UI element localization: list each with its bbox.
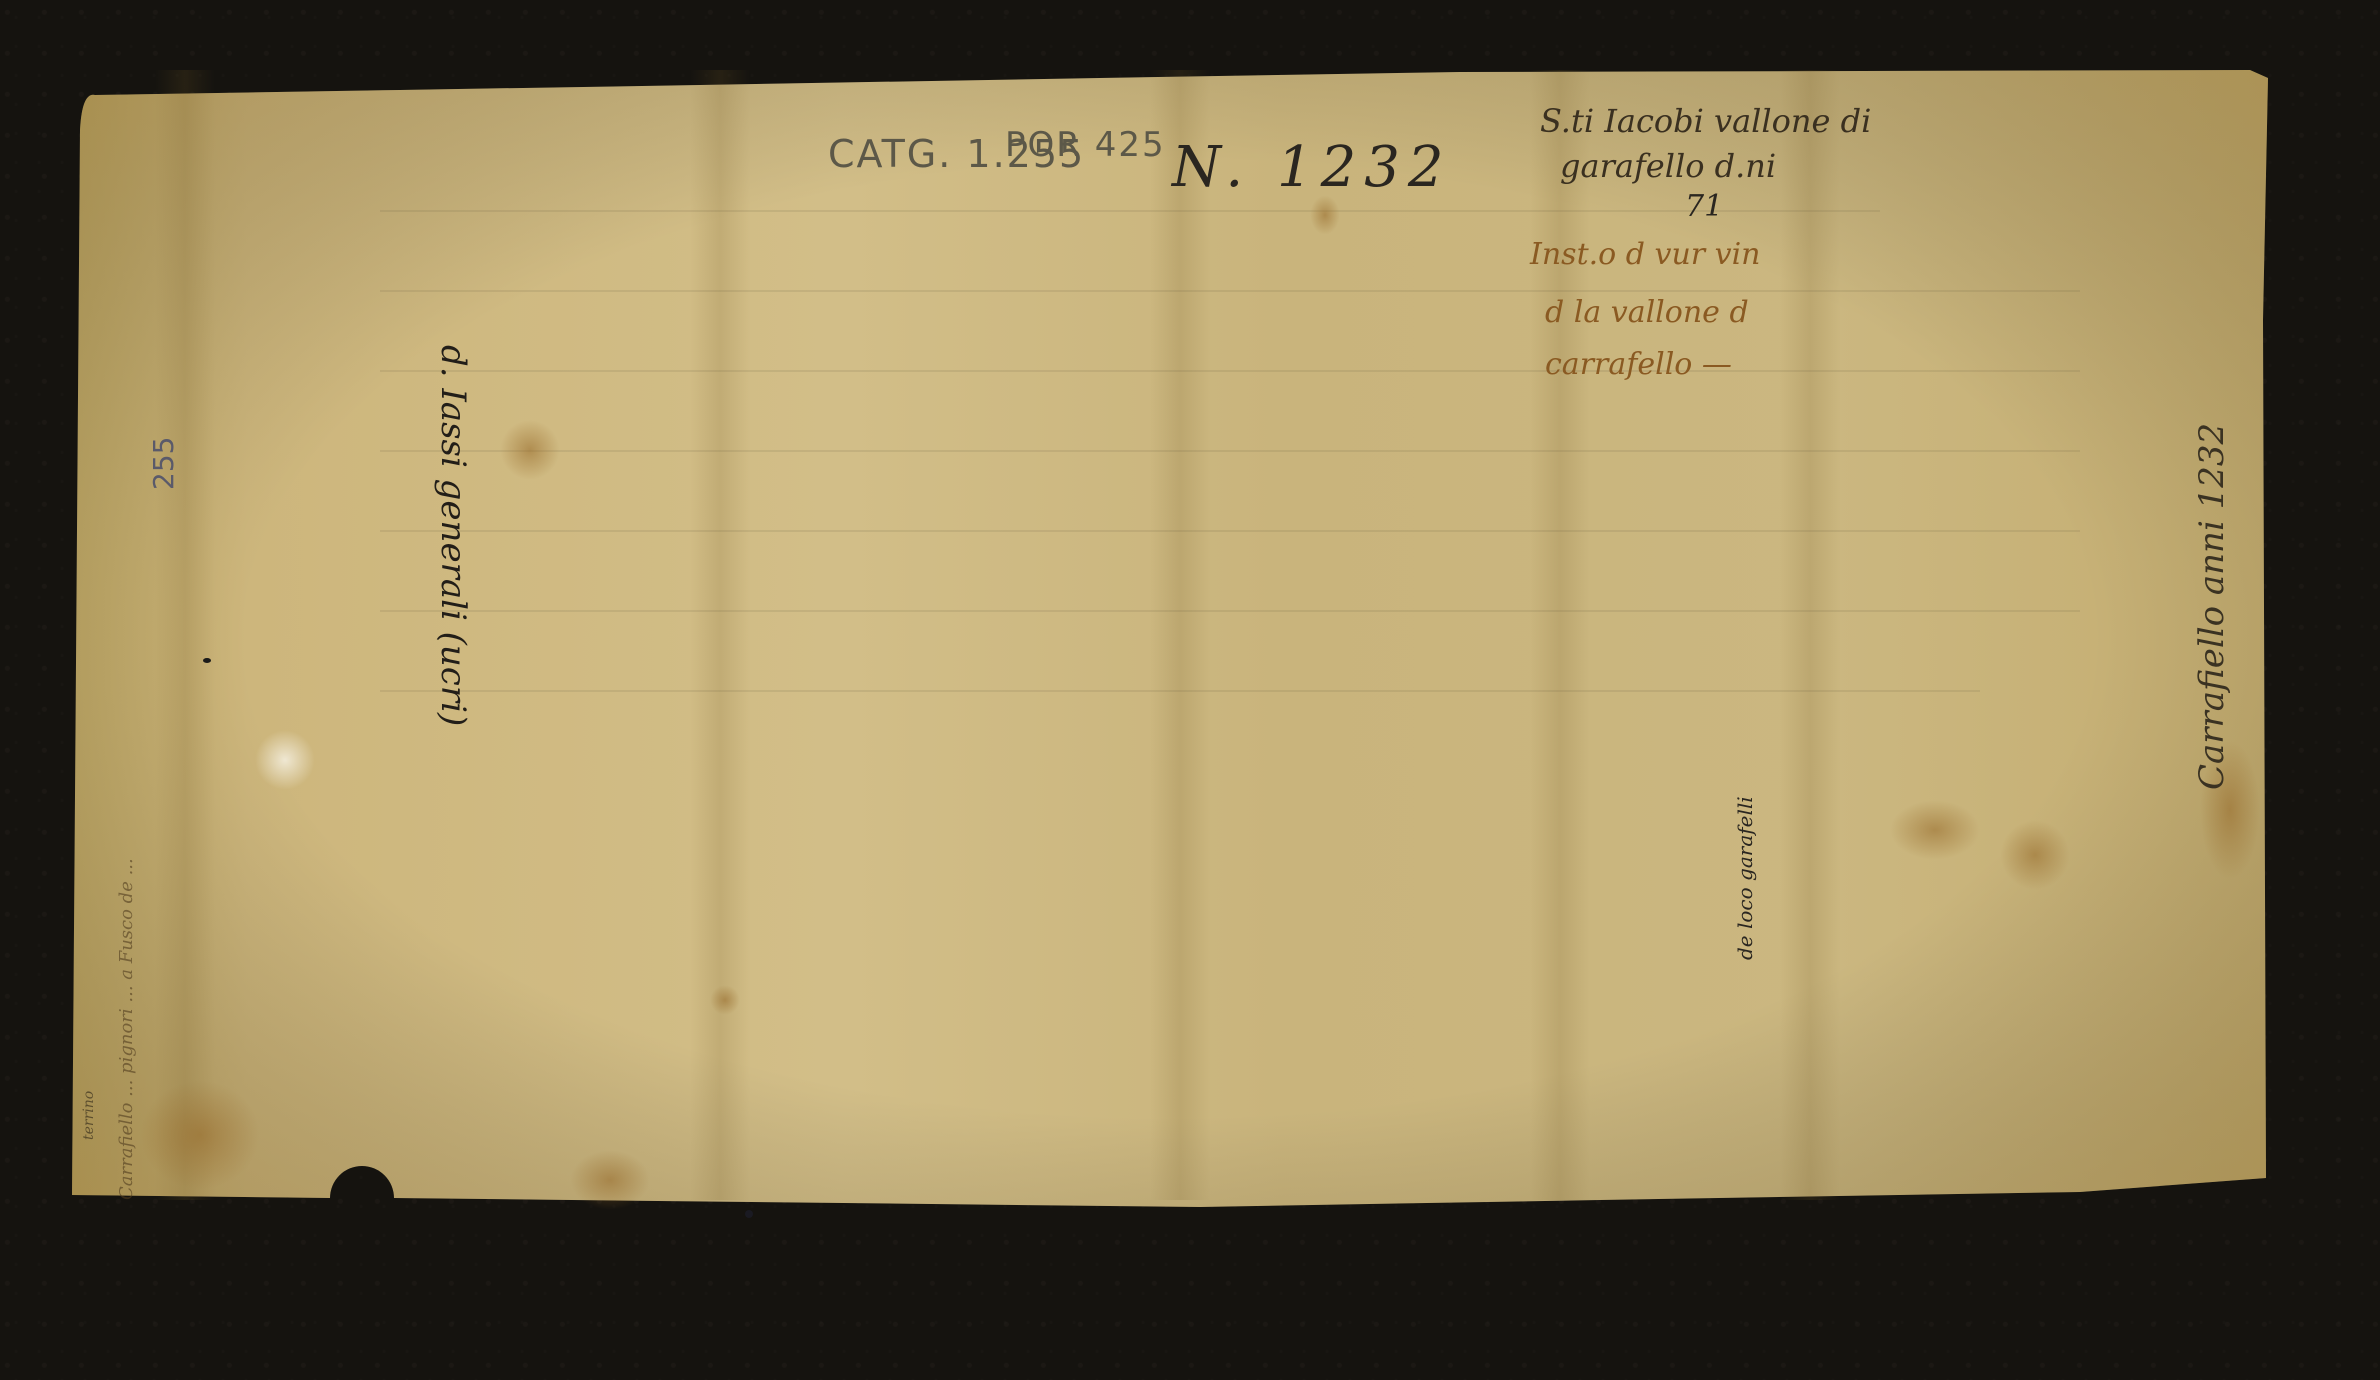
worn-spot: [255, 730, 315, 790]
right-margin-vertical-note: Carrafiello anni 1232: [2195, 423, 2229, 790]
stain: [710, 985, 740, 1015]
show-through-line: [380, 290, 2080, 292]
show-through-line: [380, 610, 2080, 612]
fold-line: [690, 70, 750, 1200]
center-vertical-note: de loco garafelli: [1735, 796, 1755, 960]
left-edge-faint-note-2: terrino: [82, 1091, 96, 1140]
stain: [1310, 195, 1340, 235]
show-through-line: [380, 450, 2080, 452]
stain: [1890, 800, 1980, 860]
fold-line: [155, 70, 215, 1200]
red-note-line3: carrafello —: [1545, 350, 1732, 380]
show-through-line: [380, 370, 2080, 372]
show-through-line: [380, 690, 1980, 692]
fold-line: [1150, 70, 1210, 1200]
left-vertical-note: d. Iassi generali (ucri): [436, 345, 470, 726]
catalog-number: N. 1232: [1172, 140, 1452, 196]
title-note-line2: garafello d.ni: [1560, 150, 1776, 182]
stain: [2000, 820, 2070, 890]
ink-dot: [203, 658, 211, 663]
left-edge-faint-note: Carrafiello ... pignori ... a Fusco de .…: [118, 858, 136, 1200]
stain: [140, 1080, 260, 1190]
stain: [570, 1150, 650, 1210]
stain: [500, 420, 560, 480]
archive-pencil-mark-por: POR 425: [1005, 128, 1166, 162]
title-note-line1: S.ti Iacobi vallone di: [1540, 105, 1871, 137]
show-through-line: [380, 210, 1880, 212]
red-note-line1: Inst.o d vur vin: [1530, 240, 1761, 270]
parchment-sheet: CATG. 1.255 POR 425 N. 1232 S.ti Iacobi …: [0, 0, 2380, 1380]
show-through-line: [380, 530, 2080, 532]
red-note-line2: d la vallone d: [1545, 298, 1749, 328]
fold-line: [1780, 70, 1840, 1200]
title-note-number: 71: [1685, 192, 1723, 222]
ink-dot: [745, 1210, 753, 1218]
left-edge-number: 255: [150, 437, 178, 490]
